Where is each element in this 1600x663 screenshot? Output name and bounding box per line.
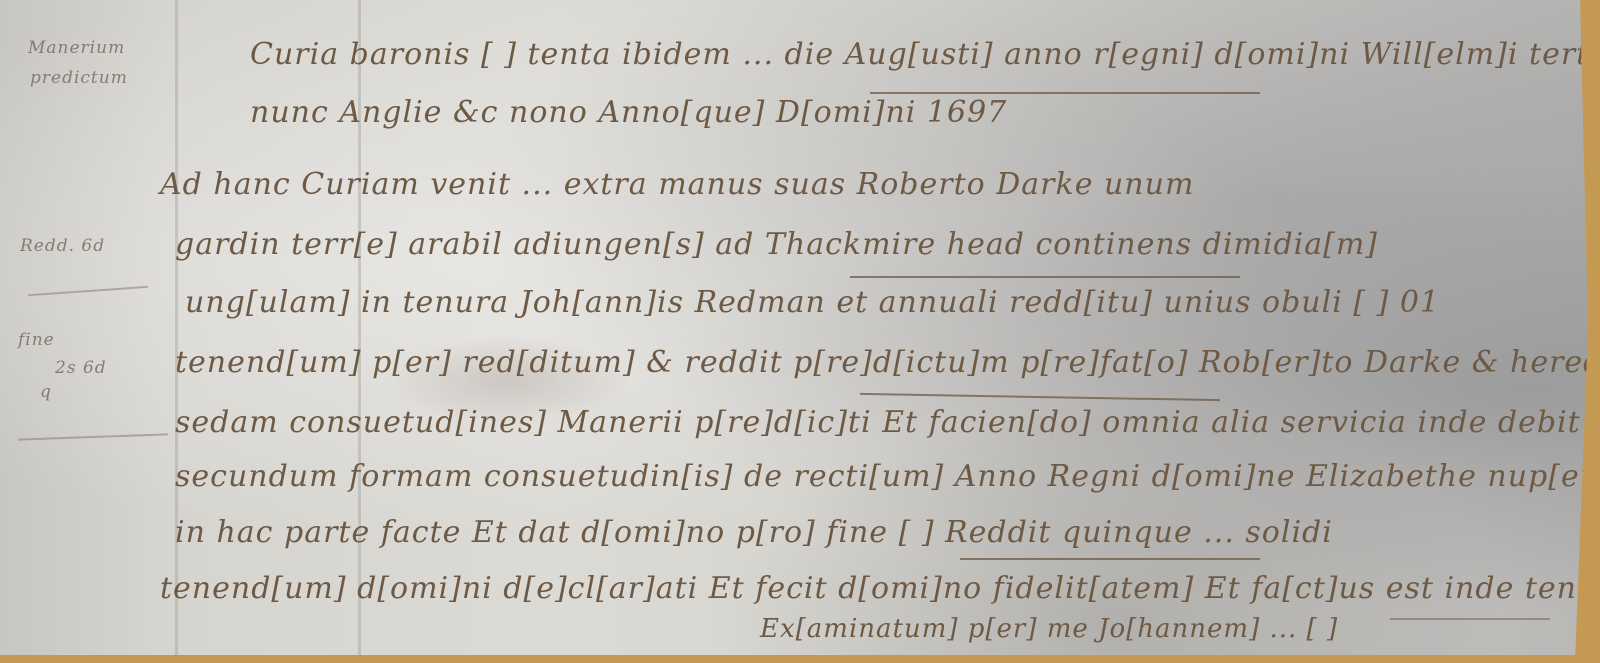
margin-note-manor: Manerium [28, 38, 125, 58]
manuscript-line-9: in hac parte facte Et dat d[omi]no p[ro]… [175, 518, 1333, 548]
ink-underline [860, 393, 1220, 401]
margin-note-predictum: predictum [30, 68, 128, 88]
manuscript-line-10: tenend[um] d[omi]ni d[e]cl[ar]ati Et fec… [160, 574, 1600, 604]
margin-rule [28, 286, 148, 296]
ink-underline [870, 92, 1260, 94]
manuscript-line-3: Ad hanc Curiam venit ... extra manus sua… [160, 170, 1194, 200]
manuscript-line-6: tenend[um] p[er] red[ditum] & reddit p[r… [175, 348, 1600, 378]
manuscript-line-5: ung[ulam] in tenura Joh[ann]is Redman et… [185, 288, 1440, 318]
manuscript-line-2: nunc Anglie &c nono Anno[que] D[omi]ni 1… [250, 98, 1007, 128]
document-frame: Manerium predictum Redd. 6d fine 2s 6d q… [0, 0, 1600, 663]
manuscript-line-8: secundum formam consuetudin[is] de recti… [175, 462, 1600, 492]
manuscript-signature-line: Ex[aminatum] p[er] me Jo[hannem] ... [ ] [760, 616, 1338, 642]
margin-note-q: q [40, 382, 52, 402]
ink-underline [960, 558, 1260, 560]
parchment-sheet: Manerium predictum Redd. 6d fine 2s 6d q… [0, 0, 1588, 655]
manuscript-line-1: Curia baronis [ ] tenta ibidem ... die A… [250, 40, 1600, 70]
margin-note-fine: fine [18, 330, 55, 350]
manuscript-line-7: sedam consuetud[ines] Manerii p[re]d[ic]… [175, 408, 1581, 438]
margin-note-rent: Redd. 6d [20, 236, 105, 256]
ink-underline [1390, 618, 1550, 620]
manuscript-line-4: gardin terr[e] arabil adiungen[s] ad Tha… [175, 230, 1378, 260]
margin-note-fine-amount: 2s 6d [55, 358, 107, 378]
margin-rule [18, 433, 168, 440]
ink-underline [850, 276, 1240, 278]
fold-crease [175, 0, 178, 655]
